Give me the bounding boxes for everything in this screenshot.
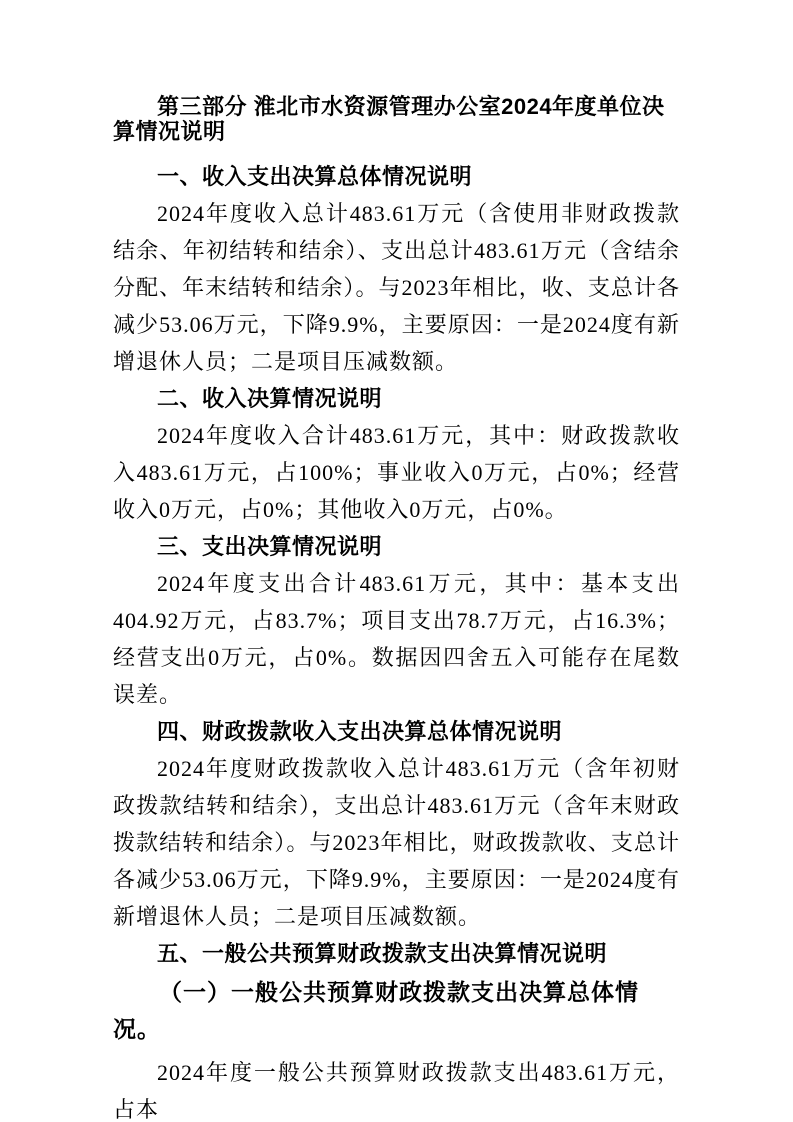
section-3-paragraph-1: 2024年度支出合计483.61万元，其中：基本支出404.92万元，占83.7… <box>113 565 680 713</box>
section-5: 五、一般公共预算财政拨款支出决算情况说明（一）一般公共预算财政拨款支出决算总体情… <box>113 935 680 1122</box>
section-5-heading: 五、一般公共预算财政拨款支出决算情况说明 <box>113 935 680 972</box>
section-4-paragraph-1: 2024年度财政拨款收入总计483.61万元（含年初财政拨款结转和结余），支出总… <box>113 750 680 935</box>
document-body: 一、收入支出决算总体情况说明2024年度收入总计483.61万元（含使用非财政拨… <box>113 158 680 1122</box>
section-5-paragraph-1: 2024年度一般公共预算财政拨款支出483.61万元，占本 <box>113 1054 680 1122</box>
section-1-heading: 一、收入支出决算总体情况说明 <box>113 158 680 195</box>
section-3: 三、支出决算情况说明2024年度支出合计483.61万元，其中：基本支出404.… <box>113 528 680 713</box>
section-1-paragraph-1: 2024年度收入总计483.61万元（含使用非财政拨款结余、年初结转和结余）、支… <box>113 195 680 380</box>
section-4-heading: 四、财政拨款收入支出决算总体情况说明 <box>113 713 680 750</box>
document-page: 第三部分 淮北市水资源管理办公室2024年度单位决算情况说明 一、收入支出决算总… <box>0 0 793 1122</box>
section-2: 二、收入决算情况说明2024年度收入合计483.61万元，其中：财政拨款收入48… <box>113 380 680 528</box>
section-2-paragraph-1: 2024年度收入合计483.61万元，其中：财政拨款收入483.61万元，占10… <box>113 417 680 528</box>
section-4: 四、财政拨款收入支出决算总体情况说明2024年度财政拨款收入总计483.61万元… <box>113 713 680 935</box>
section-1: 一、收入支出决算总体情况说明2024年度收入总计483.61万元（含使用非财政拨… <box>113 158 680 380</box>
document-title: 第三部分 淮北市水资源管理办公室2024年度单位决算情况说明 <box>113 94 680 144</box>
section-2-heading: 二、收入决算情况说明 <box>113 380 680 417</box>
section-5-subheading: （一）一般公共预算财政拨款支出决算总体情况。 <box>113 974 680 1048</box>
section-3-heading: 三、支出决算情况说明 <box>113 528 680 565</box>
